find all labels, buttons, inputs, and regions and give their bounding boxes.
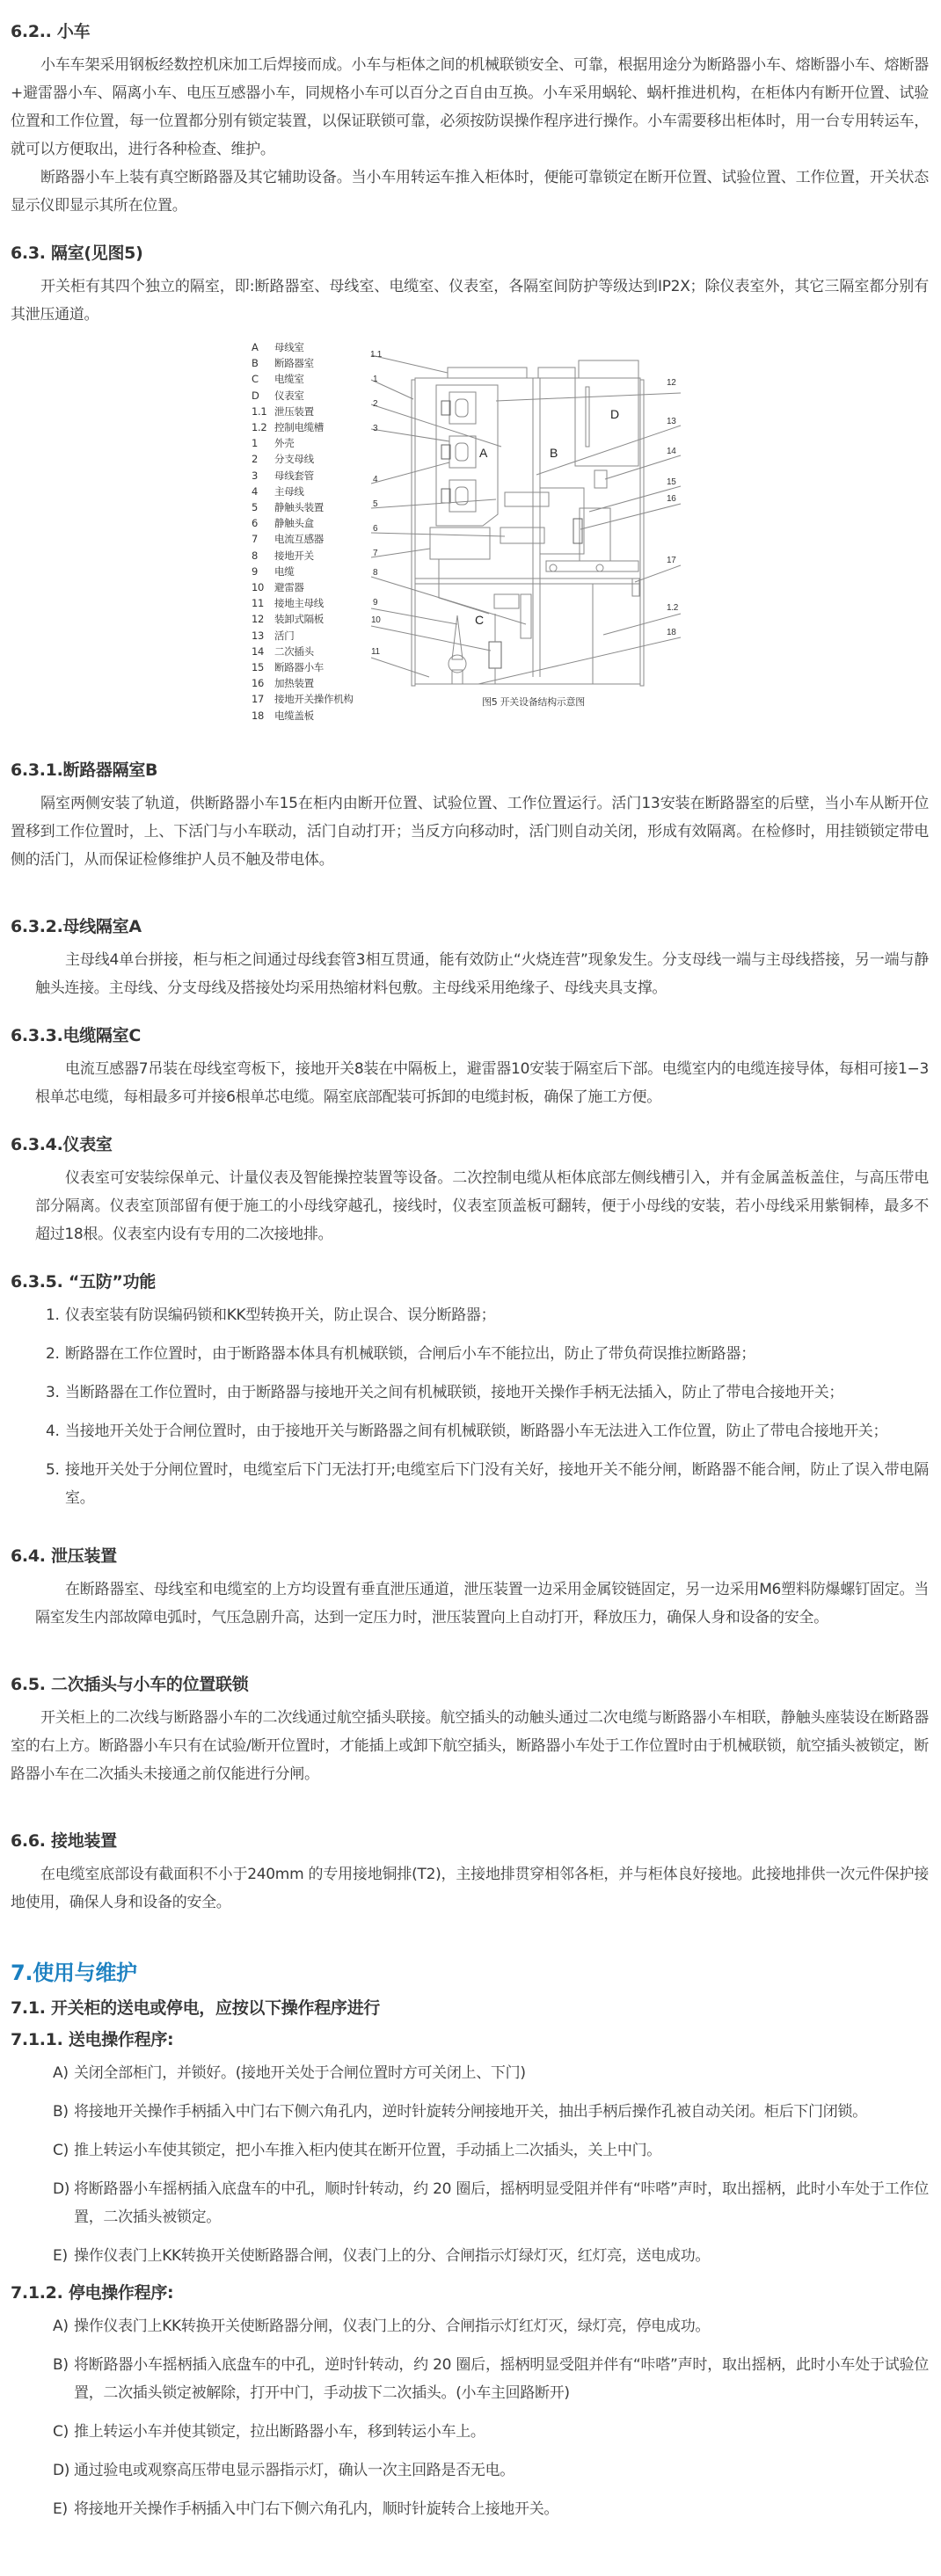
document-page: 6.2.. 小车 小车车架采用钢板经数控机床加工后焊接而成。小车与柜体之间的机械…: [0, 0, 941, 2523]
svg-text:11: 11: [371, 647, 381, 657]
five-prevention-list: 1.仪表室装有防误编码锁和KK型转换开关，防止误合、误分断路器； 2.断路器在工…: [11, 1301, 929, 1512]
svg-text:14: 14: [667, 447, 676, 456]
paragraph-6-3-1: 隔室两侧安装了轨道，供断路器小车15在柜内由断开位置、试验位置、工作位置运行。活…: [11, 790, 929, 874]
svg-text:16: 16: [667, 494, 676, 504]
list-item: C)推上转运小车使其锁定，把小车推入柜内使其在断开位置，手动插上二次插头，关上中…: [11, 2136, 929, 2165]
paragraph-6-2-1: 小车车架采用钢板经数控机床加工后焊接而成。小车与柜体之间的机械联锁安全、可靠，根…: [11, 51, 929, 164]
svg-text:12: 12: [667, 378, 676, 388]
section-title-7-1-2: 7.1.2. 停电操作程序:: [11, 2281, 929, 2305]
svg-text:10: 10: [371, 615, 381, 625]
svg-text:18: 18: [667, 628, 676, 637]
svg-text:15: 15: [667, 477, 676, 487]
svg-text:13: 13: [667, 417, 676, 426]
chapter-title-7: 7.使用与维护: [11, 1957, 929, 1989]
compartment-label-d: D: [610, 407, 619, 421]
svg-text:7: 7: [373, 549, 378, 558]
list-item: 2.断路器在工作位置时，由于断路器本体具有机械联锁，合闸后小车不能拉出，防止了带…: [11, 1340, 929, 1368]
switchgear-cross-section-drawing: A B C D 1.1 1 2 3 4 5 6 7 8 9 10 11 12 1…: [241, 334, 698, 747]
compartment-label-b: B: [550, 446, 558, 460]
svg-text:1.2: 1.2: [667, 603, 679, 613]
svg-text:3: 3: [373, 424, 378, 433]
paragraph-6-3-2: 主母线4单台拼接，柜与柜之间通过母线套管3相互贯通，能有效防止“火烧连营”现象发…: [11, 946, 929, 1002]
svg-text:9: 9: [373, 598, 378, 608]
paragraph-6-3-4: 仪表室可安装综保单元、计量仪表及智能操控装置等设备。二次控制电缆从柜体底部左侧线…: [11, 1164, 929, 1248]
section-title-6-2: 6.2.. 小车: [11, 19, 929, 44]
section-title-6-5: 6.5. 二次插头与小车的位置联锁: [11, 1672, 929, 1697]
svg-text:5: 5: [373, 499, 378, 509]
list-item: 1.仪表室装有防误编码锁和KK型转换开关，防止误合、误分断路器；: [11, 1301, 929, 1329]
power-off-procedure-list: A)操作仪表门上KK转换开关使断路器分闸，仪表门上的分、合闸指示灯红灯灭，绿灯亮…: [11, 2312, 929, 2523]
list-item: D)将断路器小车摇柄插入底盘车的中孔，顺时针转动，约 20 圈后，摇柄明显受阻并…: [11, 2175, 929, 2231]
paragraph-6-3-3: 电流互感器7吊装在母线室弯板下，接地开关8装在中隔板上，避雷器10安装于隔室后下…: [11, 1055, 929, 1111]
section-title-6-4: 6.4. 泄压装置: [11, 1544, 929, 1568]
svg-text:4: 4: [373, 475, 378, 484]
paragraph-6-5: 开关柜上的二次线与断路器小车的二次线通过航空插头联接。航空插头的动触头通过二次电…: [11, 1704, 929, 1788]
paragraph-6-3-1: 开关柜有其四个独立的隔室，即:断路器室、母线室、电缆室、仪表室，各隔室间防护等级…: [11, 273, 929, 329]
figure-caption: 图5 开关设备结构示意图: [482, 695, 585, 709]
paragraph-6-6: 在电缆室底部设有截面积不小于240mm 的专用接地铜排(T2)，主接地排贯穿相邻…: [11, 1860, 929, 1917]
section-title-6-3-1: 6.3.1.断路器隔室B: [11, 758, 929, 782]
compartment-label-c: C: [475, 613, 484, 627]
list-item: A)操作仪表门上KK转换开关使断路器分闸，仪表门上的分、合闸指示灯红灯灭，绿灯亮…: [11, 2312, 929, 2340]
svg-text:1.1: 1.1: [370, 350, 383, 360]
list-item: E)将接地开关操作手柄插入中门右下侧六角孔内，顺时针旋转合上接地开关。: [11, 2495, 929, 2523]
compartment-label-a: A: [479, 446, 488, 460]
list-item: B)将断路器小车摇柄插入底盘车的中孔，逆时针转动，约 20 圈后，摇柄明显受阻并…: [11, 2351, 929, 2407]
list-item: 3.当断路器在工作位置时，由于断路器与接地开关之间有机械联锁，接地开关操作手柄无…: [11, 1379, 929, 1407]
section-title-6-3-4: 6.3.4.仪表室: [11, 1132, 929, 1157]
section-title-6-3-2: 6.3.2.母线隔室A: [11, 914, 929, 939]
list-item: D)通过验电或观察高压带电显示器指示灯，确认一次主回路是否无电。: [11, 2456, 929, 2485]
list-item: C)推上转运小车并使其锁定，拉出断路器小车，移到转运小车上。: [11, 2418, 929, 2446]
list-item: A)关闭全部柜门，并锁好。(接地开关处于合闸位置时方可关闭上、下门): [11, 2059, 929, 2087]
svg-text:1: 1: [373, 375, 378, 384]
power-on-procedure-list: A)关闭全部柜门，并锁好。(接地开关处于合闸位置时方可关闭上、下门) B)将接地…: [11, 2059, 929, 2270]
list-item: 4.当接地开关处于合闸位置时，由于接地开关与断路器之间有机械联锁，断路器小车无法…: [11, 1417, 929, 1445]
figure-5-switchgear-diagram: A母线室 B断路器室 C电缆室 D仪表室 1.1泄压装置 1.2控制电缆槽 1外…: [241, 334, 698, 747]
section-title-6-6: 6.6. 接地装置: [11, 1829, 929, 1853]
svg-text:17: 17: [667, 556, 676, 565]
section-title-6-3-5: 6.3.5. “五防”功能: [11, 1270, 929, 1294]
section-title-6-3: 6.3. 隔室(见图5): [11, 241, 929, 266]
svg-text:6: 6: [373, 524, 378, 534]
section-title-7-1-1: 7.1.1. 送电操作程序:: [11, 2027, 929, 2052]
paragraph-6-2-2: 断路器小车上装有真空断路器及其它辅助设备。当小车用转运车推入柜体时，便能可靠锁定…: [11, 164, 929, 220]
paragraph-6-4: 在断路器室、母线室和电缆室的上方均设置有垂直泄压通道，泄压装置一边采用金属铰链固…: [11, 1575, 929, 1632]
list-item: E)操作仪表门上KK转换开关使断路器合闸，仪表门上的分、合闸指示灯绿灯灭，红灯亮…: [11, 2242, 929, 2270]
list-item: 5.接地开关处于分闸位置时，电缆室后下门无法打开;电缆室后下门没有关好，接地开关…: [11, 1456, 929, 1512]
section-title-6-3-3: 6.3.3.电缆隔室C: [11, 1023, 929, 1048]
section-title-7-1: 7.1. 开关柜的送电或停电，应按以下操作程序进行: [11, 1996, 929, 2020]
svg-text:8: 8: [373, 568, 378, 578]
svg-text:2: 2: [373, 399, 378, 409]
list-item: B)将接地开关操作手柄插入中门右下侧六角孔内，逆时针旋转分闸接地开关，抽出手柄后…: [11, 2098, 929, 2126]
